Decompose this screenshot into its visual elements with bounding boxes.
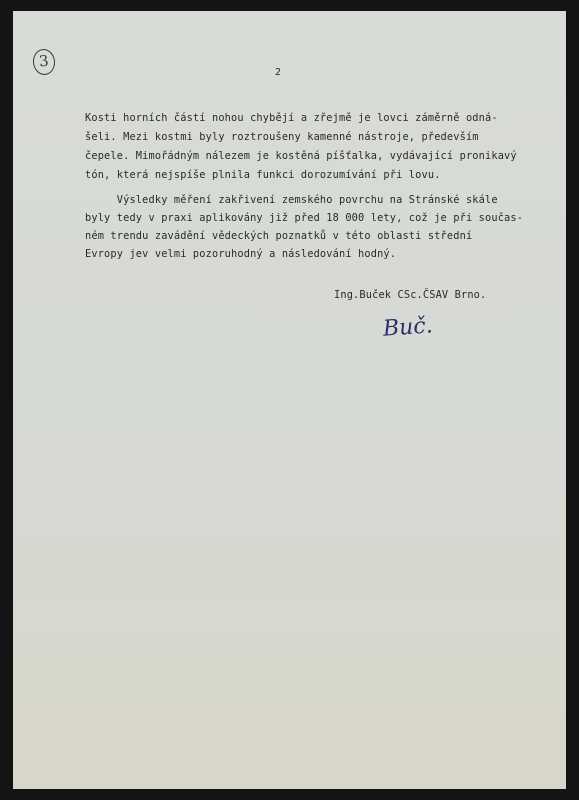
author-signature-line: Ing.Buček CSc.ČSAV Brno. [334,289,486,301]
document-page: 3 2 Kosti horních částí nohou chybějí a … [13,11,566,789]
paragraph-1-line-2: šeli. Mezi kostmi byly roztroušeny kamen… [85,131,479,143]
paragraph-2-line-4: Evropy jev velmi pozoruhodný a následová… [85,248,396,260]
page-number: 2 [275,67,281,78]
handwritten-signature: Buč. [382,313,433,341]
paragraph-2-line-1: Výsledky měření zakřivení zemského povrc… [85,194,498,206]
handwritten-folio-mark: 3 [32,48,57,76]
paragraph-1-line-1: Kosti horních částí nohou chybějí a zřej… [85,112,498,124]
paragraph-2-line-3: ném trendu zavádění vědeckých poznatků v… [85,230,472,242]
paragraph-1-line-4: tón, která nejspíše plnila funkci dorozu… [85,169,441,181]
paragraph-2-line-2: byly tedy v praxi aplikovány již před 18… [85,212,523,224]
paragraph-1-line-3: čepele. Mimořádným nálezem je kostěná pí… [85,150,517,162]
